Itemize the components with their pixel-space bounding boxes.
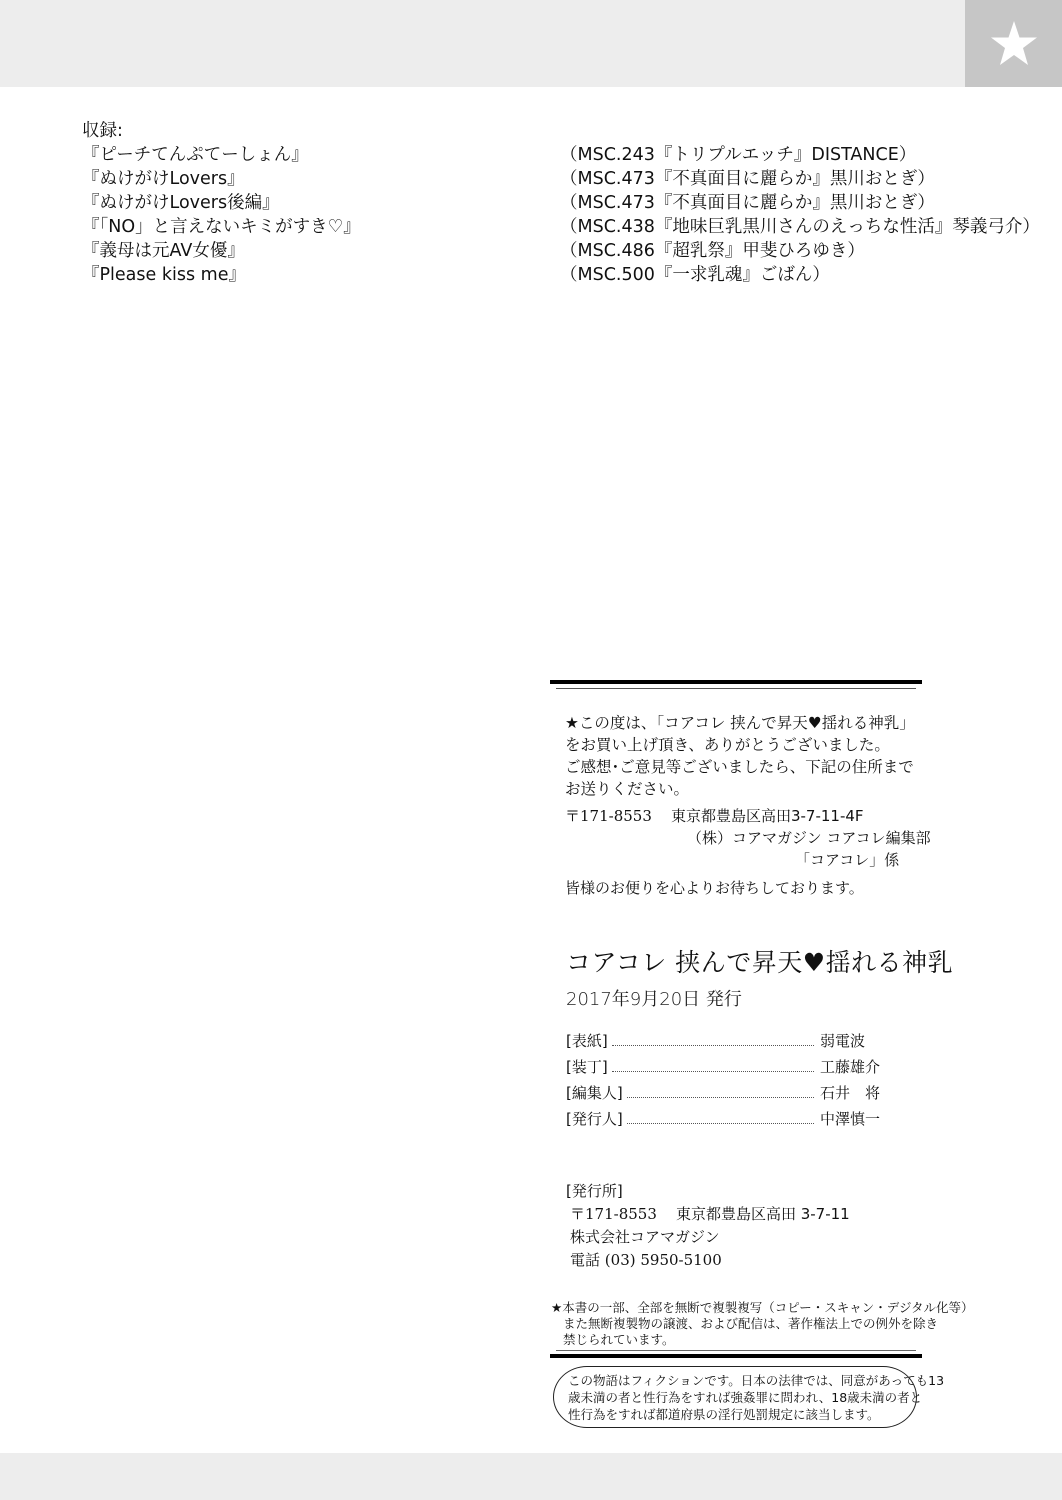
source-entry: （MSC.500『一求乳魂』ごばん）: [560, 263, 1040, 287]
contents-title: 『ピーチてんぷてーしょん』: [82, 143, 361, 167]
contents-title: 『義母は元AV女優』: [82, 239, 361, 263]
publisher-postal: 〒171-8553: [570, 1205, 657, 1223]
credits-list: [表紙] 弱電波 [装丁] 工藤雄介 [編集人] 石井 将 [発行人] 中澤慎一: [566, 1030, 886, 1134]
copyright-notice: ★本書の一部、全部を無断で複製複写（コピー・スキャン・デジタル化等） また無断複…: [551, 1300, 973, 1348]
fiction-line: 歳未満の者と性行為をすれば強姦罪に問われ、18歳未満の者と: [568, 1389, 944, 1406]
thanks-line: ★この度は、「コアコレ 挟んで昇天♥揺れる神乳」: [565, 712, 915, 734]
dot-leader: [627, 1096, 814, 1098]
divider-thin: [556, 1350, 916, 1351]
phone-number: (03) 5950-5100: [605, 1251, 722, 1269]
credit-name: 工藤雄介: [820, 1056, 886, 1077]
copyright-line: 禁じられています。: [551, 1332, 973, 1348]
publisher-info: [発行所] 〒171-8553 東京都豊島区高田 3-7-11 株式会社コアマガ…: [566, 1180, 850, 1272]
fiction-notice: この物語はフィクションです。日本の法律では、同意があっても13 歳未満の者と性行…: [553, 1366, 917, 1428]
thanks-line: お送りください。: [565, 778, 915, 800]
publication-date: 2017年9月20日 発行: [566, 985, 742, 1011]
dot-leader: [612, 1070, 814, 1072]
source-entry: （MSC.243『トリプルエッチ』DISTANCE）: [560, 143, 1040, 167]
divider-thick: [550, 680, 922, 684]
credit-role: [表紙]: [566, 1030, 608, 1051]
publisher-street: 東京都豊島区高田 3-7-11: [676, 1205, 850, 1223]
publisher-label: [発行所]: [566, 1180, 850, 1203]
contents-list: 収録: 『ピーチてんぷてーしょん』 『ぬけがけLovers』 『ぬけがけLove…: [82, 119, 361, 287]
star-tab: [965, 0, 1062, 87]
address-line: 〒171-8553 東京都豊島区高田3-7-11-4F: [565, 805, 864, 827]
publisher-address: 〒171-8553 東京都豊島区高田 3-7-11: [566, 1203, 850, 1226]
contents-heading: 収録:: [82, 119, 361, 143]
credit-row: [発行人] 中澤慎一: [566, 1108, 886, 1134]
closing-line: 皆様のお便りを心よりお待ちしております。: [565, 877, 864, 899]
street-address: 東京都豊島区高田3-7-11-4F: [671, 807, 864, 825]
credit-name: 弱電波: [820, 1030, 886, 1051]
source-entry: （MSC.486『超乳祭』甲斐ひろゆき）: [560, 239, 1040, 263]
credit-role: [発行人]: [566, 1108, 623, 1129]
credit-role: [編集人]: [566, 1082, 623, 1103]
star-icon: [989, 19, 1039, 69]
sources-list: （MSC.243『トリプルエッチ』DISTANCE） （MSC.473『不真面目…: [560, 143, 1040, 287]
credit-name: 石井 将: [820, 1082, 886, 1103]
contents-title: 『「NO」と言えないキミがすき♡』: [82, 215, 361, 239]
book-title: コアコレ 挟んで昇天♥揺れる神乳: [566, 943, 953, 979]
credit-row: [表紙] 弱電波: [566, 1030, 886, 1056]
thanks-message: ★この度は、「コアコレ 挟んで昇天♥揺れる神乳」 をお買い上げ頂き、ありがとうご…: [565, 712, 915, 800]
credit-row: [編集人] 石井 将: [566, 1082, 886, 1108]
credit-role: [装丁]: [566, 1056, 608, 1077]
footer-band: [0, 1453, 1062, 1500]
attention-line: 「コアコレ」係: [795, 849, 899, 871]
copyright-line: ★本書の一部、全部を無断で複製複写（コピー・スキャン・デジタル化等）: [551, 1300, 973, 1316]
contents-title: 『ぬけがけLovers後編』: [82, 191, 361, 215]
publisher-phone-line: 電話 (03) 5950-5100: [566, 1249, 850, 1272]
contents-title: 『Please kiss me』: [82, 263, 361, 287]
source-entry: （MSC.473『不真面目に麗らか』黒川おとぎ）: [560, 191, 1040, 215]
copyright-line: また無断複製物の譲渡、および配信は、著作権法上での例外を除き: [551, 1316, 973, 1332]
header-band: [0, 0, 1062, 87]
source-entry: （MSC.473『不真面目に麗らか』黒川おとぎ）: [560, 167, 1040, 191]
fiction-line: 性行為をすれば都道府県の淫行処罰規定に該当します。: [568, 1406, 944, 1423]
credit-name: 中澤慎一: [820, 1108, 886, 1129]
contents-title: 『ぬけがけLovers』: [82, 167, 361, 191]
source-entry: （MSC.438『地味巨乳黒川さんのえっちな性活』琴義弓介）: [560, 215, 1040, 239]
thanks-line: ご感想･ご意見等ございましたら、下記の住所まで: [565, 756, 915, 778]
divider-thin: [556, 688, 916, 689]
postal-code: 〒171-8553: [565, 807, 652, 825]
editorial-dept: （株）コアマガジン コアコレ編集部: [687, 827, 931, 849]
dot-leader: [627, 1122, 814, 1124]
thanks-line: をお買い上げ頂き、ありがとうございました。: [565, 734, 915, 756]
credit-row: [装丁] 工藤雄介: [566, 1056, 886, 1082]
dot-leader: [612, 1044, 814, 1046]
reader-mail-address: 〒171-8553 東京都豊島区高田3-7-11-4F （株）コアマガジン コア…: [565, 805, 864, 827]
publisher-company: 株式会社コアマガジン: [566, 1226, 850, 1249]
phone-label: 電話: [570, 1251, 600, 1269]
divider-thick: [550, 1354, 922, 1358]
fiction-line: この物語はフィクションです。日本の法律では、同意があっても13: [568, 1372, 944, 1389]
